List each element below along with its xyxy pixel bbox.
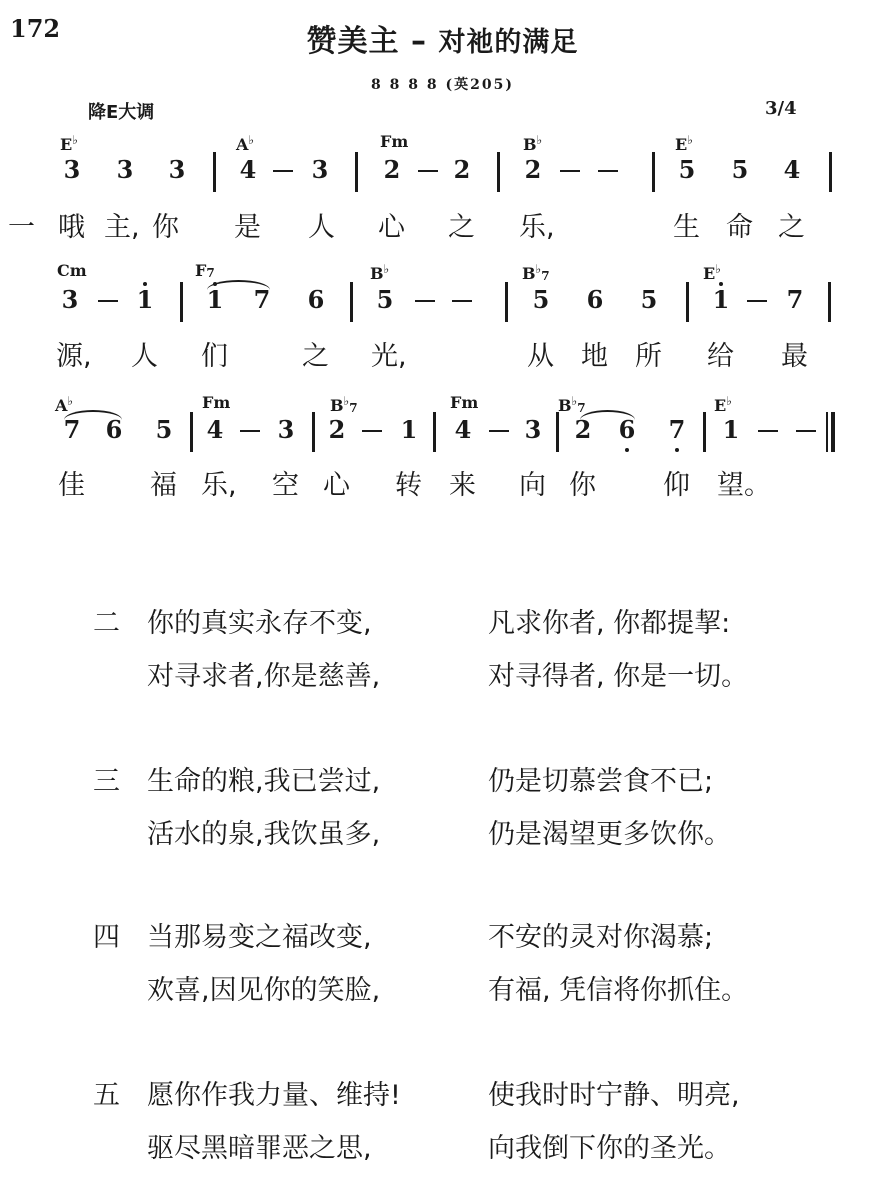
note-numeral: 4 [780,158,804,182]
note-numeral: 2 [450,158,474,182]
verse-line-1a: 愿你作我力量、维持! [147,1082,401,1109]
flat-icon: ♭ [384,262,390,276]
chord-root: Fm [450,393,478,412]
duration-dash [796,430,816,432]
chord-extension: 7 [577,401,585,415]
chord-symbol: E♭ [714,395,732,414]
note-numeral: 5 [675,158,699,182]
note-numeral: 3 [165,158,189,182]
lyric-syllable: 乐, [201,472,241,499]
lyric-syllable: 你 [569,472,609,499]
duration-dash [240,430,260,432]
lyric-syllable: 来 [449,472,489,499]
flat-icon: ♭ [687,133,693,147]
flat-icon: ♭ [715,262,721,276]
lyric-syllable: 主, [104,214,144,241]
octave-up-dot [719,282,723,286]
duration-dash [758,430,778,432]
lyric-syllable: 光, [371,343,411,370]
flat-icon: ♭ [537,133,543,147]
chord-symbol: E♭ [703,263,721,282]
lyric-syllable: 最 [781,343,821,370]
duration-dash [747,300,767,302]
octave-up-dot [143,282,147,286]
note-numeral: 2 [571,418,595,442]
note-numeral: 5 [728,158,752,182]
chord-symbol: B♭7 [558,395,586,414]
lyric-syllable: 你 [152,214,192,241]
note-numeral: 4 [451,418,475,442]
lyric-syllable: 乐, [519,214,559,241]
lyric-syllable: 源, [56,343,96,370]
chord-extension: 7 [541,269,549,283]
note-numeral: 3 [113,158,137,182]
chord-root: E [714,396,726,415]
lyric-syllable: 向 [519,472,559,499]
verse-line-2a: 对寻求者,你是慈善, [147,663,380,690]
note-numeral: 7 [250,288,274,312]
note-numeral: 3 [308,158,332,182]
duration-dash [560,170,580,172]
note-numeral: 1 [203,288,227,312]
verse-line-1a: 生命的粮,我已尝过, [147,768,380,795]
verse-number: 四 [93,924,120,951]
lyric-syllable: 生 [673,214,713,241]
slur-tie [207,280,270,290]
title-main: 赞美主 [307,24,400,59]
barline [190,412,193,452]
note-numeral: 2 [325,418,349,442]
note-numeral: 3 [58,288,82,312]
note-numeral: 7 [783,288,807,312]
note-numeral: 5 [637,288,661,312]
lyric-syllable: 佳 [58,472,98,499]
duration-dash [362,430,382,432]
key-signature: 降E大调 [88,98,154,124]
chord-root: Cm [57,261,87,280]
lyric-syllable: 哦 [58,214,98,241]
note-numeral: 1 [709,288,733,312]
chord-root: E [675,135,687,154]
duration-dash [489,430,509,432]
chord-symbol: B♭7 [330,395,358,414]
barline [497,152,500,192]
lyric-syllable: 一 [8,214,48,241]
duration-dash [598,170,618,172]
lyric-syllable: 们 [201,343,241,370]
flat-icon: ♭ [67,394,73,408]
verse-line-2a: 欢喜,因见你的笑脸, [147,977,380,1004]
note-numeral: 7 [665,418,689,442]
chord-root: Fm [380,132,408,151]
note-numeral: 3 [60,158,84,182]
chord-symbol: A♭ [236,134,254,153]
slur-tie [580,410,635,420]
barline [433,412,436,452]
flat-icon: ♭ [72,133,78,147]
verse-line-2b: 向我倒下你的圣光。 [488,1135,731,1162]
chord-root: E [703,264,715,283]
lyric-syllable: 仰 [663,472,703,499]
barline [355,152,358,192]
barline [505,282,508,322]
page-title: 赞美主 – 对祂的满足 [0,16,885,60]
note-numeral: 1 [719,418,743,442]
flat-icon: ♭ [726,394,732,408]
note-numeral: 3 [521,418,545,442]
duration-dash [452,300,472,302]
note-numeral: 4 [236,158,260,182]
verse-line-2a: 活水的泉,我饮虽多, [147,821,380,848]
lyric-syllable: 空 [272,472,312,499]
lyric-syllable: 之 [302,343,342,370]
barline [350,282,353,322]
barline [556,412,559,452]
chord-symbol: Fm [202,395,230,411]
lyric-syllable: 地 [581,343,621,370]
chord-root: E [60,135,72,154]
flat-icon: ♭ [248,133,254,147]
chord-symbol: Fm [380,134,408,150]
duration-dash [273,170,293,172]
duration-dash [98,300,118,302]
chord-symbol: E♭ [60,134,78,153]
title-separator: – [400,24,439,59]
verse-line-1b: 仍是切慕尝食不已; [488,768,713,795]
chord-symbol: E♭ [675,134,693,153]
chord-symbol: B♭7 [522,263,550,282]
lyric-syllable: 人 [308,214,348,241]
lyric-syllable: 之 [778,214,818,241]
lyric-syllable: 心 [323,472,363,499]
chord-extension: 7 [349,401,357,415]
verse-line-1a: 当那易变之福改变, [147,924,372,951]
duration-dash [418,170,438,172]
chord-root: B [522,264,536,283]
barline [213,152,216,192]
note-numeral: 3 [274,418,298,442]
time-signature: 3/4 [765,98,797,119]
chord-root: A [55,396,67,415]
note-numeral: 1 [397,418,421,442]
chord-root: B [558,396,572,415]
verse-line-1b: 凡求你者, 你都提挈: [488,610,730,637]
barline [180,282,183,322]
note-numeral: 6 [102,418,126,442]
note-numeral: 5 [373,288,397,312]
verse-number: 二 [93,610,120,637]
lyric-syllable: 命 [726,214,766,241]
barline [828,282,831,322]
verse-line-2b: 有福, 凭信将你抓住。 [488,977,748,1004]
chord-symbol: B♭ [523,134,542,153]
lyric-syllable: 人 [131,343,171,370]
lyric-syllable: 是 [234,214,274,241]
lyric-syllable: 给 [707,343,747,370]
verse-line-2a: 驱尽黑暗罪恶之思, [147,1135,372,1162]
octave-down-dot [675,448,679,452]
chord-extension: 7 [206,266,214,280]
chord-root: B [523,135,537,154]
verse-line-1b: 使我时时宁静、明亮, [488,1082,740,1109]
title-subtitle: 对祂的满足 [438,27,578,58]
verse-line-1a: 你的真实永存不变, [147,610,372,637]
verse-line-2b: 仍是渴望更多饮你。 [488,821,731,848]
barline [652,152,655,192]
note-numeral: 7 [60,418,84,442]
note-numeral: 5 [152,418,176,442]
barline [686,282,689,322]
barline [312,412,315,452]
barline [829,152,832,192]
note-numeral: 4 [203,418,227,442]
lyric-syllable: 之 [448,214,488,241]
note-numeral: 6 [615,418,639,442]
meter-label: 8 8 8 8 (英205) [0,74,885,94]
chord-root: B [370,264,384,283]
note-numeral: 2 [380,158,404,182]
chord-symbol: Cm [57,263,87,279]
chord-symbol: B♭ [370,263,389,282]
note-numeral: 5 [529,288,553,312]
chord-symbol: Fm [450,395,478,411]
chord-root: B [330,396,344,415]
verse-line-2b: 对寻得者, 你是一切。 [488,663,748,690]
octave-down-dot [625,448,629,452]
duration-dash [415,300,435,302]
note-numeral: 6 [583,288,607,312]
lyric-syllable: 望。 [717,472,757,499]
verse-number: 五 [93,1082,120,1109]
chord-symbol: F7 [195,263,215,279]
chord-root: A [236,135,248,154]
final-double-barline [826,412,835,452]
chord-root: Fm [202,393,230,412]
lyric-syllable: 心 [378,214,418,241]
barline [703,412,706,452]
lyric-syllable: 转 [395,472,435,499]
lyric-syllable: 从 [527,343,567,370]
note-numeral: 1 [133,288,157,312]
verse-line-1b: 不安的灵对你渴慕; [488,924,713,951]
chord-root: F [195,261,206,280]
chord-symbol: A♭ [55,395,73,414]
note-numeral: 6 [304,288,328,312]
lyric-syllable: 所 [635,343,675,370]
note-numeral: 2 [521,158,545,182]
verse-number: 三 [93,768,120,795]
lyric-syllable: 福 [150,472,190,499]
